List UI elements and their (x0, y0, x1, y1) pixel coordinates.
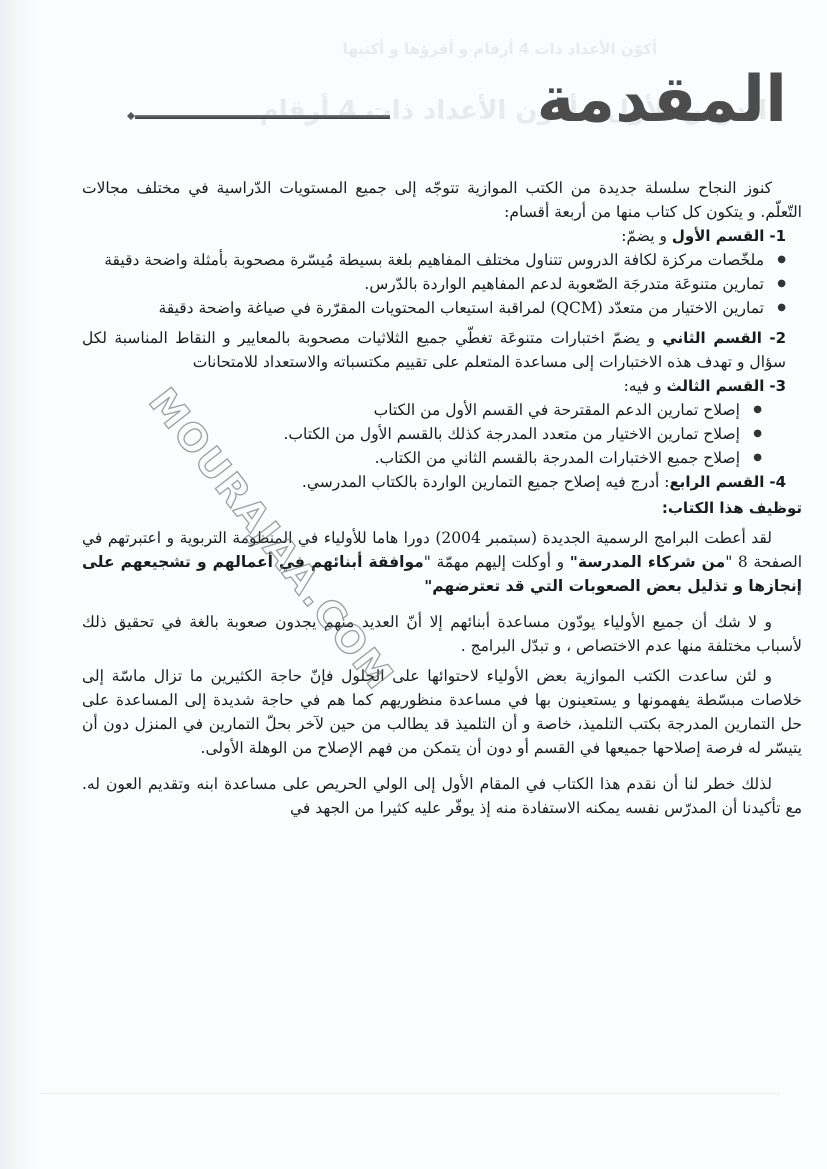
page-title: المقدمة (537, 60, 787, 140)
usage-heading: توظيف هذا الكتاب: (82, 496, 802, 520)
bleed-through-rule (40, 1093, 780, 1096)
section-4-paragraph: 4- القسم الرابع: أدرج فيه إصلاح جميع الت… (82, 470, 786, 494)
intro-paragraph: كنوز النجاح سلسلة جديدة من الكتب الموازي… (82, 176, 802, 224)
section-1-heading: 1- القسم الأول و يضمّ: (82, 224, 786, 248)
list-item: تمارين الاختيار من متعدّد (QCM) لمراقبة … (82, 296, 786, 320)
usage-paragraph-1: لقد أعطت البرامج الرسمية الجديدة (سبتمبر… (82, 526, 802, 598)
title-underline (135, 115, 390, 119)
usage-paragraph-3: و لئن ساعدت الكتب الموازية بعض الأولياء … (82, 664, 802, 760)
page-header: المقدمة (135, 60, 787, 140)
document-body: كنوز النجاح سلسلة جديدة من الكتب الموازي… (82, 176, 802, 820)
section-1-list: ملخّصات مركزة لكافة الدروس تتناول مختلف … (82, 248, 802, 320)
list-item: تمارين متنوعَة متدرجَة الصّعوبة لدعم الم… (82, 272, 786, 296)
list-item: ملخّصات مركزة لكافة الدروس تتناول مختلف … (82, 248, 786, 272)
usage-paragraph-4: لذلك خطر لنا أن نقدم هذا الكتاب في المقا… (82, 772, 802, 820)
section-3-heading: 3- القسم الثالث و فيه: (82, 374, 786, 398)
usage-paragraph-2: و لا شك أن جميع الأولياء يودّون مساعدة أ… (82, 610, 802, 658)
scan-edge (0, 0, 38, 1169)
bleed-through-text: أكوّن الأعداد ذات 4 أرقام و أقرؤها و أكت… (343, 40, 657, 58)
section-2-paragraph: 2- القسم الثاني و يضمّ اختبارات متنوعَة … (82, 326, 786, 374)
